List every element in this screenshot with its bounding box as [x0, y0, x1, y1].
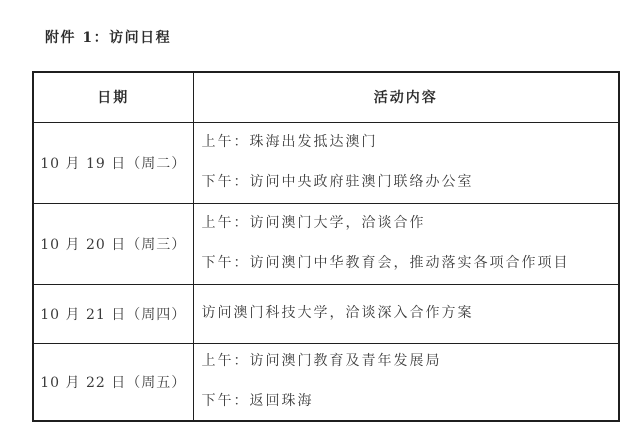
table-row-oct20: 10 月 20 日（周三） 上午：访问澳门大学，洽谈合作 下午：访问澳门中华教育…	[33, 203, 619, 284]
activity-line: 上午：访问澳门教育及青年发展局	[202, 354, 613, 369]
activity-cell: 上午：访问澳门教育及青年发展局 下午：返回珠海	[193, 343, 619, 421]
table-row-oct21: 10 月 21 日（周四） 访问澳门科技大学，洽谈深入合作方案	[33, 284, 619, 343]
activity-line: 下午：访问澳门中华教育会，推动落实各项合作项目	[202, 256, 613, 271]
date-cell: 10 月 22 日（周五）	[33, 343, 193, 421]
activity-line: 访问澳门科技大学，洽谈深入合作方案	[202, 306, 613, 321]
activity-cell: 访问澳门科技大学，洽谈深入合作方案	[193, 284, 619, 343]
activity-cell: 上午：珠海出发抵达澳门 下午：访问中央政府驻澳门联络办公室	[193, 122, 619, 203]
document-page: 附件 1：访问日程 日期 活动内容 10 月 19 日（周二） 上午：珠海出发抵…	[0, 0, 640, 435]
activity-cell: 上午：访问澳门大学，洽谈合作 下午：访问澳门中华教育会，推动落实各项合作项目	[193, 203, 619, 284]
table-header-row: 日期 活动内容	[33, 72, 619, 122]
table-row-oct22: 10 月 22 日（周五） 上午：访问澳门教育及青年发展局 下午：返回珠海	[33, 343, 619, 421]
column-header-activity: 活动内容	[193, 72, 619, 122]
visit-schedule-table: 日期 活动内容 10 月 19 日（周二） 上午：珠海出发抵达澳门 下午：访问中…	[32, 71, 620, 422]
activity-line: 上午：珠海出发抵达澳门	[202, 135, 613, 150]
column-header-date: 日期	[33, 72, 193, 122]
date-cell: 10 月 20 日（周三）	[33, 203, 193, 284]
attachment-title: 附件 1：访问日程	[45, 27, 171, 47]
date-cell: 10 月 19 日（周二）	[33, 122, 193, 203]
activity-line: 下午：返回珠海	[202, 394, 613, 409]
activity-line: 下午：访问中央政府驻澳门联络办公室	[202, 175, 613, 190]
table-row-oct19: 10 月 19 日（周二） 上午：珠海出发抵达澳门 下午：访问中央政府驻澳门联络…	[33, 122, 619, 203]
date-cell: 10 月 21 日（周四）	[33, 284, 193, 343]
activity-line: 上午：访问澳门大学，洽谈合作	[202, 216, 613, 231]
